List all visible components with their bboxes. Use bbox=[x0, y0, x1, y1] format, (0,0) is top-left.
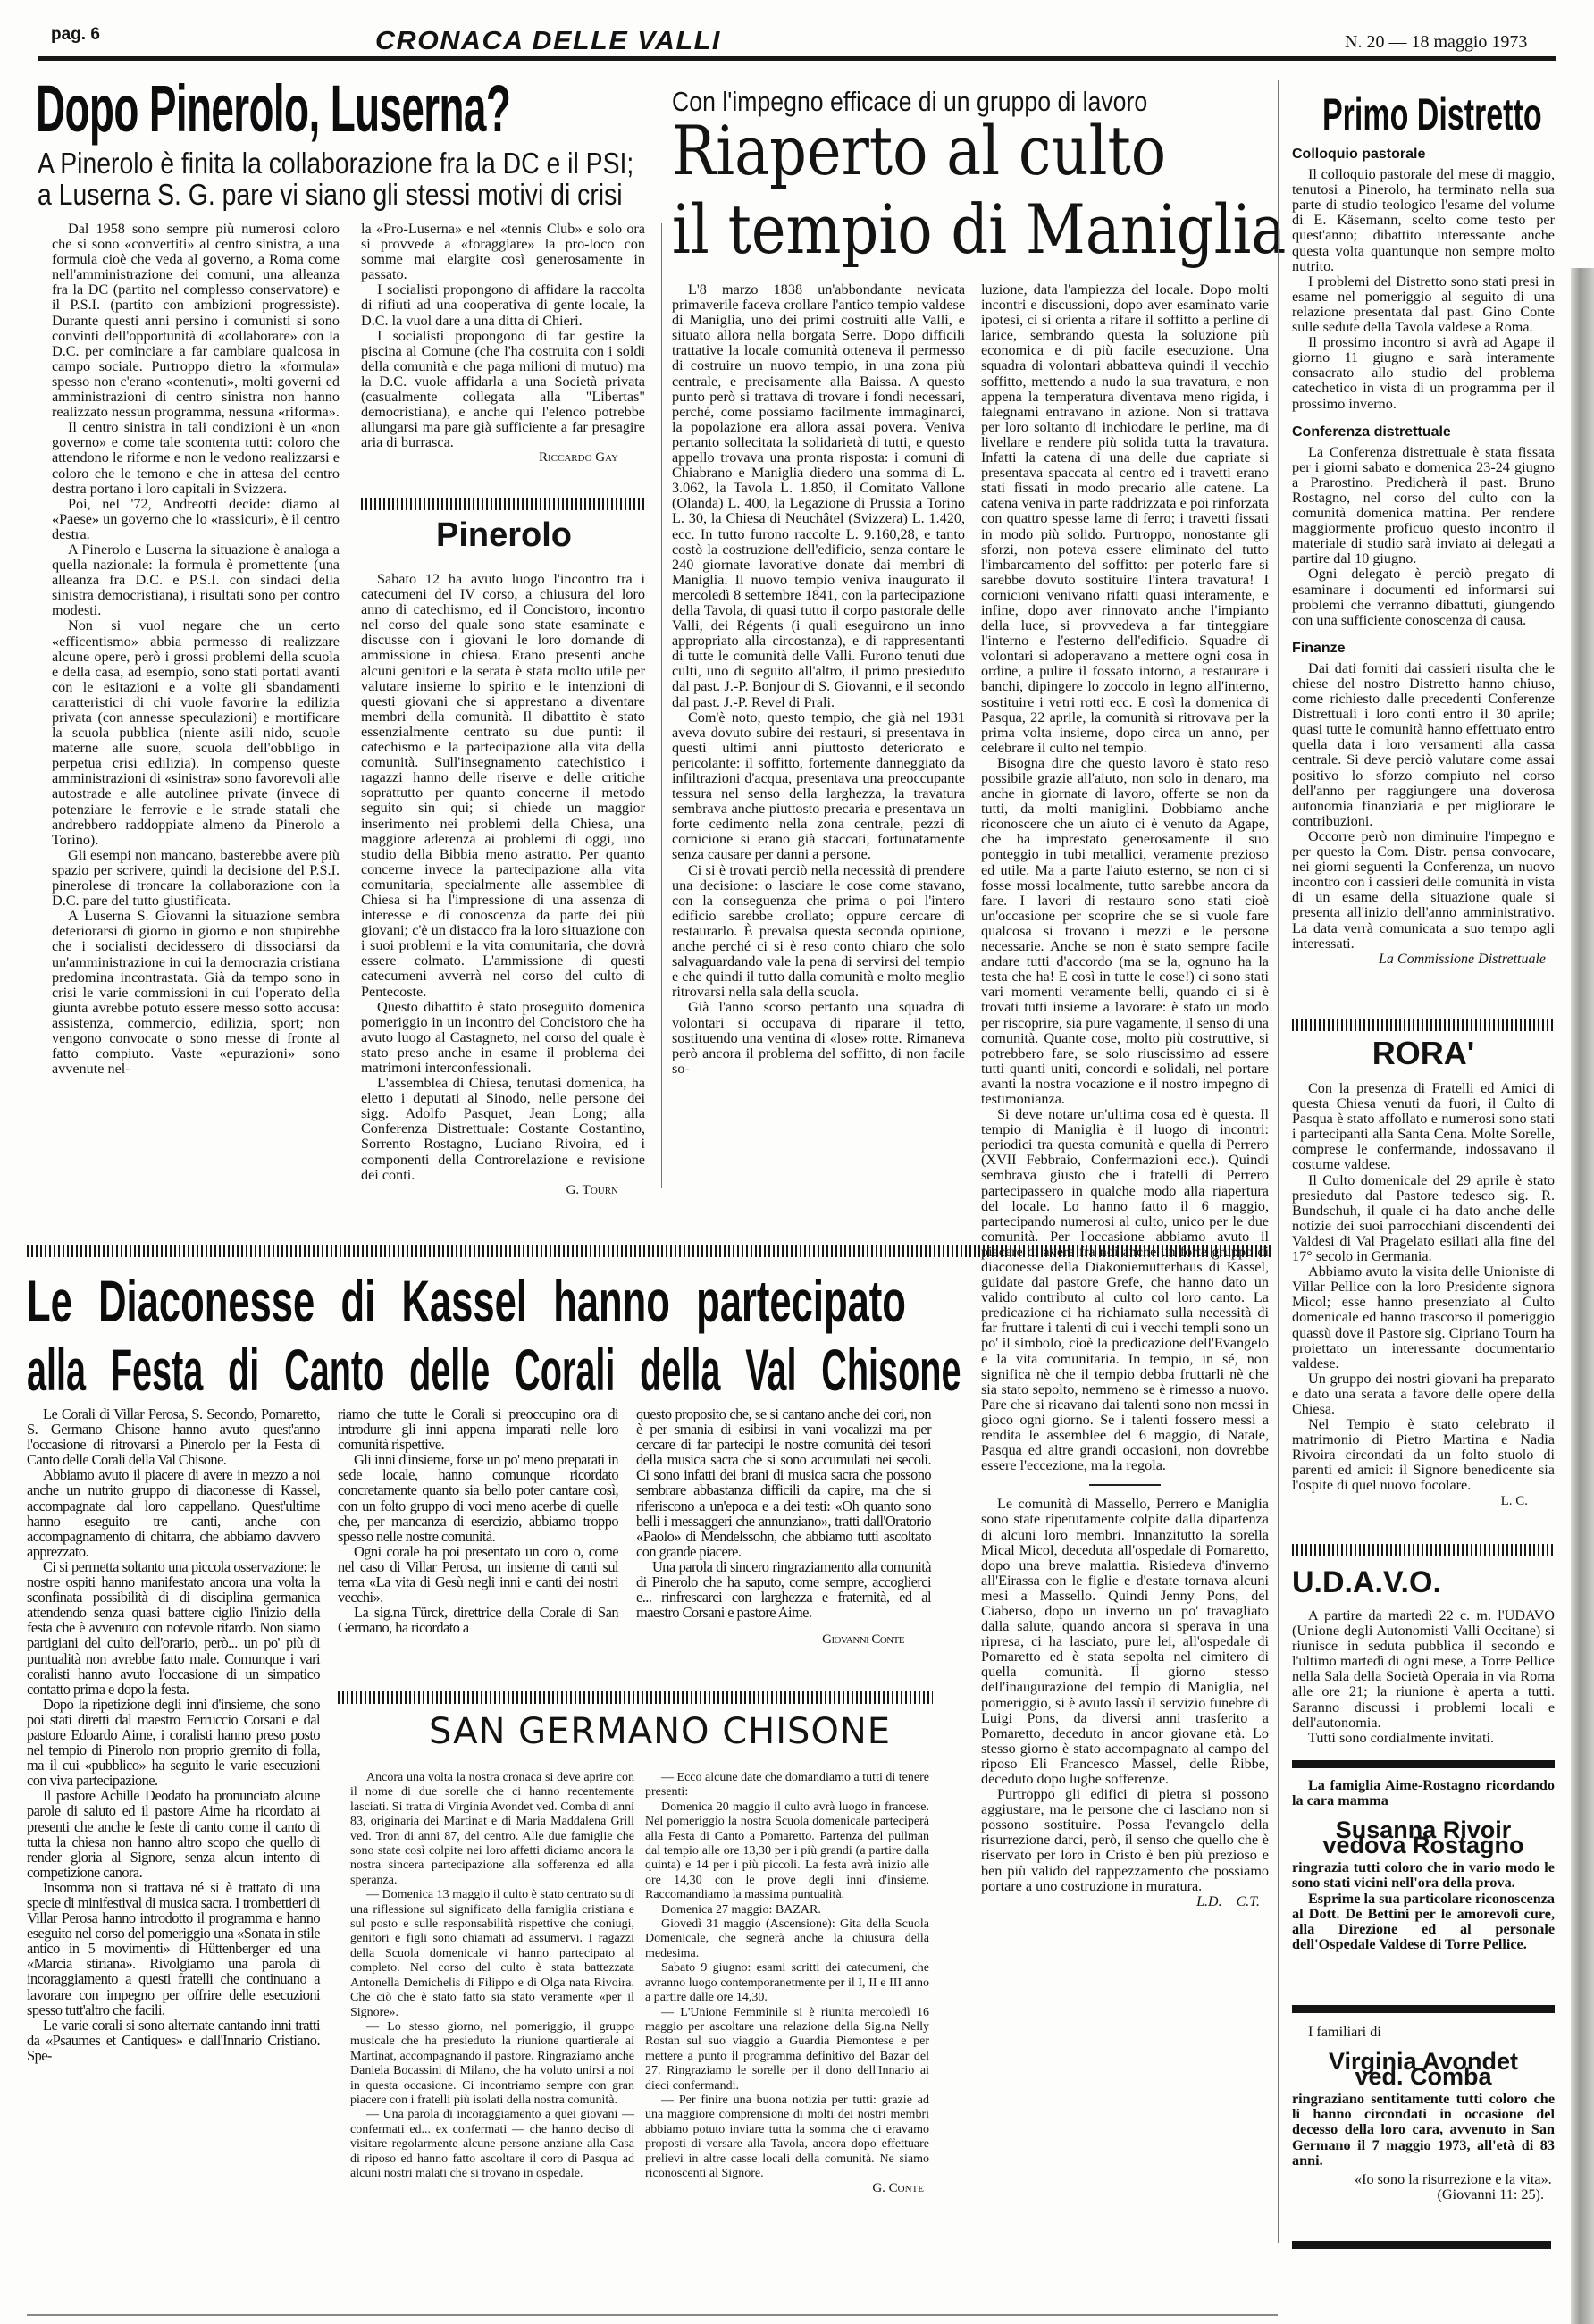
page-number: pag. 6 bbox=[51, 25, 100, 45]
section-title: Primo Distretto bbox=[1322, 89, 1542, 139]
author-signature: L.D. C.T. bbox=[981, 1894, 1269, 1909]
article-column: A partire da martedì 22 c. m. l'UDAVO (U… bbox=[1292, 1608, 1555, 1746]
article-column: Con la presenza di Fratelli ed Amici di … bbox=[1292, 1081, 1555, 1509]
article-column: luzione, data l'ampiezza del locale. Dop… bbox=[981, 282, 1269, 1909]
article-title: Le Diaconesse di Kassel hanno partecipat… bbox=[27, 1269, 906, 1333]
article-column: Dal 1958 sono sempre più numerosi coloro… bbox=[52, 222, 340, 1077]
article-column: Ancora una volta la nostra cronaca si de… bbox=[350, 1771, 634, 2181]
article-subtitle: A Pinerolo è finita la collaborazione fr… bbox=[38, 146, 633, 181]
section-divider bbox=[361, 498, 647, 510]
article-column: — Ecco alcune date che domandiamo a tutt… bbox=[645, 1771, 929, 2196]
section-title: U.D.A.V.O. bbox=[1292, 1565, 1441, 1600]
notice-border bbox=[1292, 1760, 1555, 1768]
separator-rule bbox=[1089, 1484, 1161, 1486]
notice-border bbox=[1292, 2005, 1555, 2013]
section-divider bbox=[1292, 1019, 1555, 1031]
header-rule bbox=[38, 56, 1556, 61]
article-title: alla Festa di Canto delle Corali della V… bbox=[27, 1338, 961, 1402]
section-divider bbox=[338, 1691, 933, 1704]
section-title: RORA' bbox=[1292, 1035, 1555, 1072]
section-divider bbox=[1292, 1544, 1555, 1556]
notice-border bbox=[1292, 2241, 1551, 2249]
article-title: Dopo Pinerolo, Luserna? bbox=[36, 73, 510, 145]
author-signature: Riccardo Gay bbox=[361, 450, 645, 466]
author-signature: G. Tourn bbox=[361, 1183, 645, 1198]
article-column: Sabato 12 ha avuto luogo l'incontro tra … bbox=[361, 572, 645, 1198]
notice-name: vedova Rostagno bbox=[1292, 1838, 1555, 1853]
subsection-heading: Finanze bbox=[1292, 641, 1555, 656]
masthead: CRONACA DELLE VALLI bbox=[375, 27, 721, 56]
article-column: questo proposito che, se si cantano anch… bbox=[636, 1406, 931, 1648]
section-title: Pinerolo bbox=[361, 516, 647, 555]
article-column: L'8 marzo 1838 un'abbondante nevicata pr… bbox=[672, 282, 965, 1077]
article-column: la «Pro-Luserna» e nel «tennis Club» e s… bbox=[361, 222, 645, 466]
bottom-rule bbox=[27, 2314, 1278, 2316]
subsection-heading: Conferenza distrettuale bbox=[1292, 424, 1555, 440]
article-title: il tempio di Maniglia bbox=[672, 191, 1286, 268]
section-title: SAN GERMANO CHISONE bbox=[429, 1711, 891, 1752]
page-edge-shadow bbox=[1571, 268, 1594, 2324]
article-column: Colloquio pastorale Il colloquio pastora… bbox=[1292, 147, 1555, 967]
notice-body: I familiari di Virginia Avondet ved. Com… bbox=[1292, 2025, 1555, 2202]
article-column: Le Corali di Villar Perosa, S. Secondo, … bbox=[27, 1406, 320, 2063]
author-signature: L. C. bbox=[1292, 1494, 1555, 1509]
column-rule bbox=[661, 223, 662, 1188]
quote-reference: (Giovanni 11: 25). bbox=[1292, 2187, 1555, 2202]
column-rule bbox=[1278, 80, 1279, 2243]
section-divider bbox=[27, 1245, 1271, 1257]
article-subtitle: a Luserna S. G. pare vi siano gli stessi… bbox=[38, 177, 623, 213]
author-signature: G. Conte bbox=[645, 2181, 929, 2195]
notice-body: La famiglia Aime-Rostagno ricordando la … bbox=[1292, 1778, 1555, 1952]
issue-date: N. 20 — 18 maggio 1973 bbox=[1345, 32, 1527, 53]
article-title: Riaperto al culto bbox=[672, 113, 1166, 189]
author-signature: Giovanni Conte bbox=[636, 1632, 931, 1648]
subsection-heading: Colloquio pastorale bbox=[1292, 147, 1555, 162]
author-signature: La Commissione Distrettuale bbox=[1292, 952, 1555, 967]
article-column: riamo che tutte le Corali si preoccupino… bbox=[338, 1406, 618, 1635]
